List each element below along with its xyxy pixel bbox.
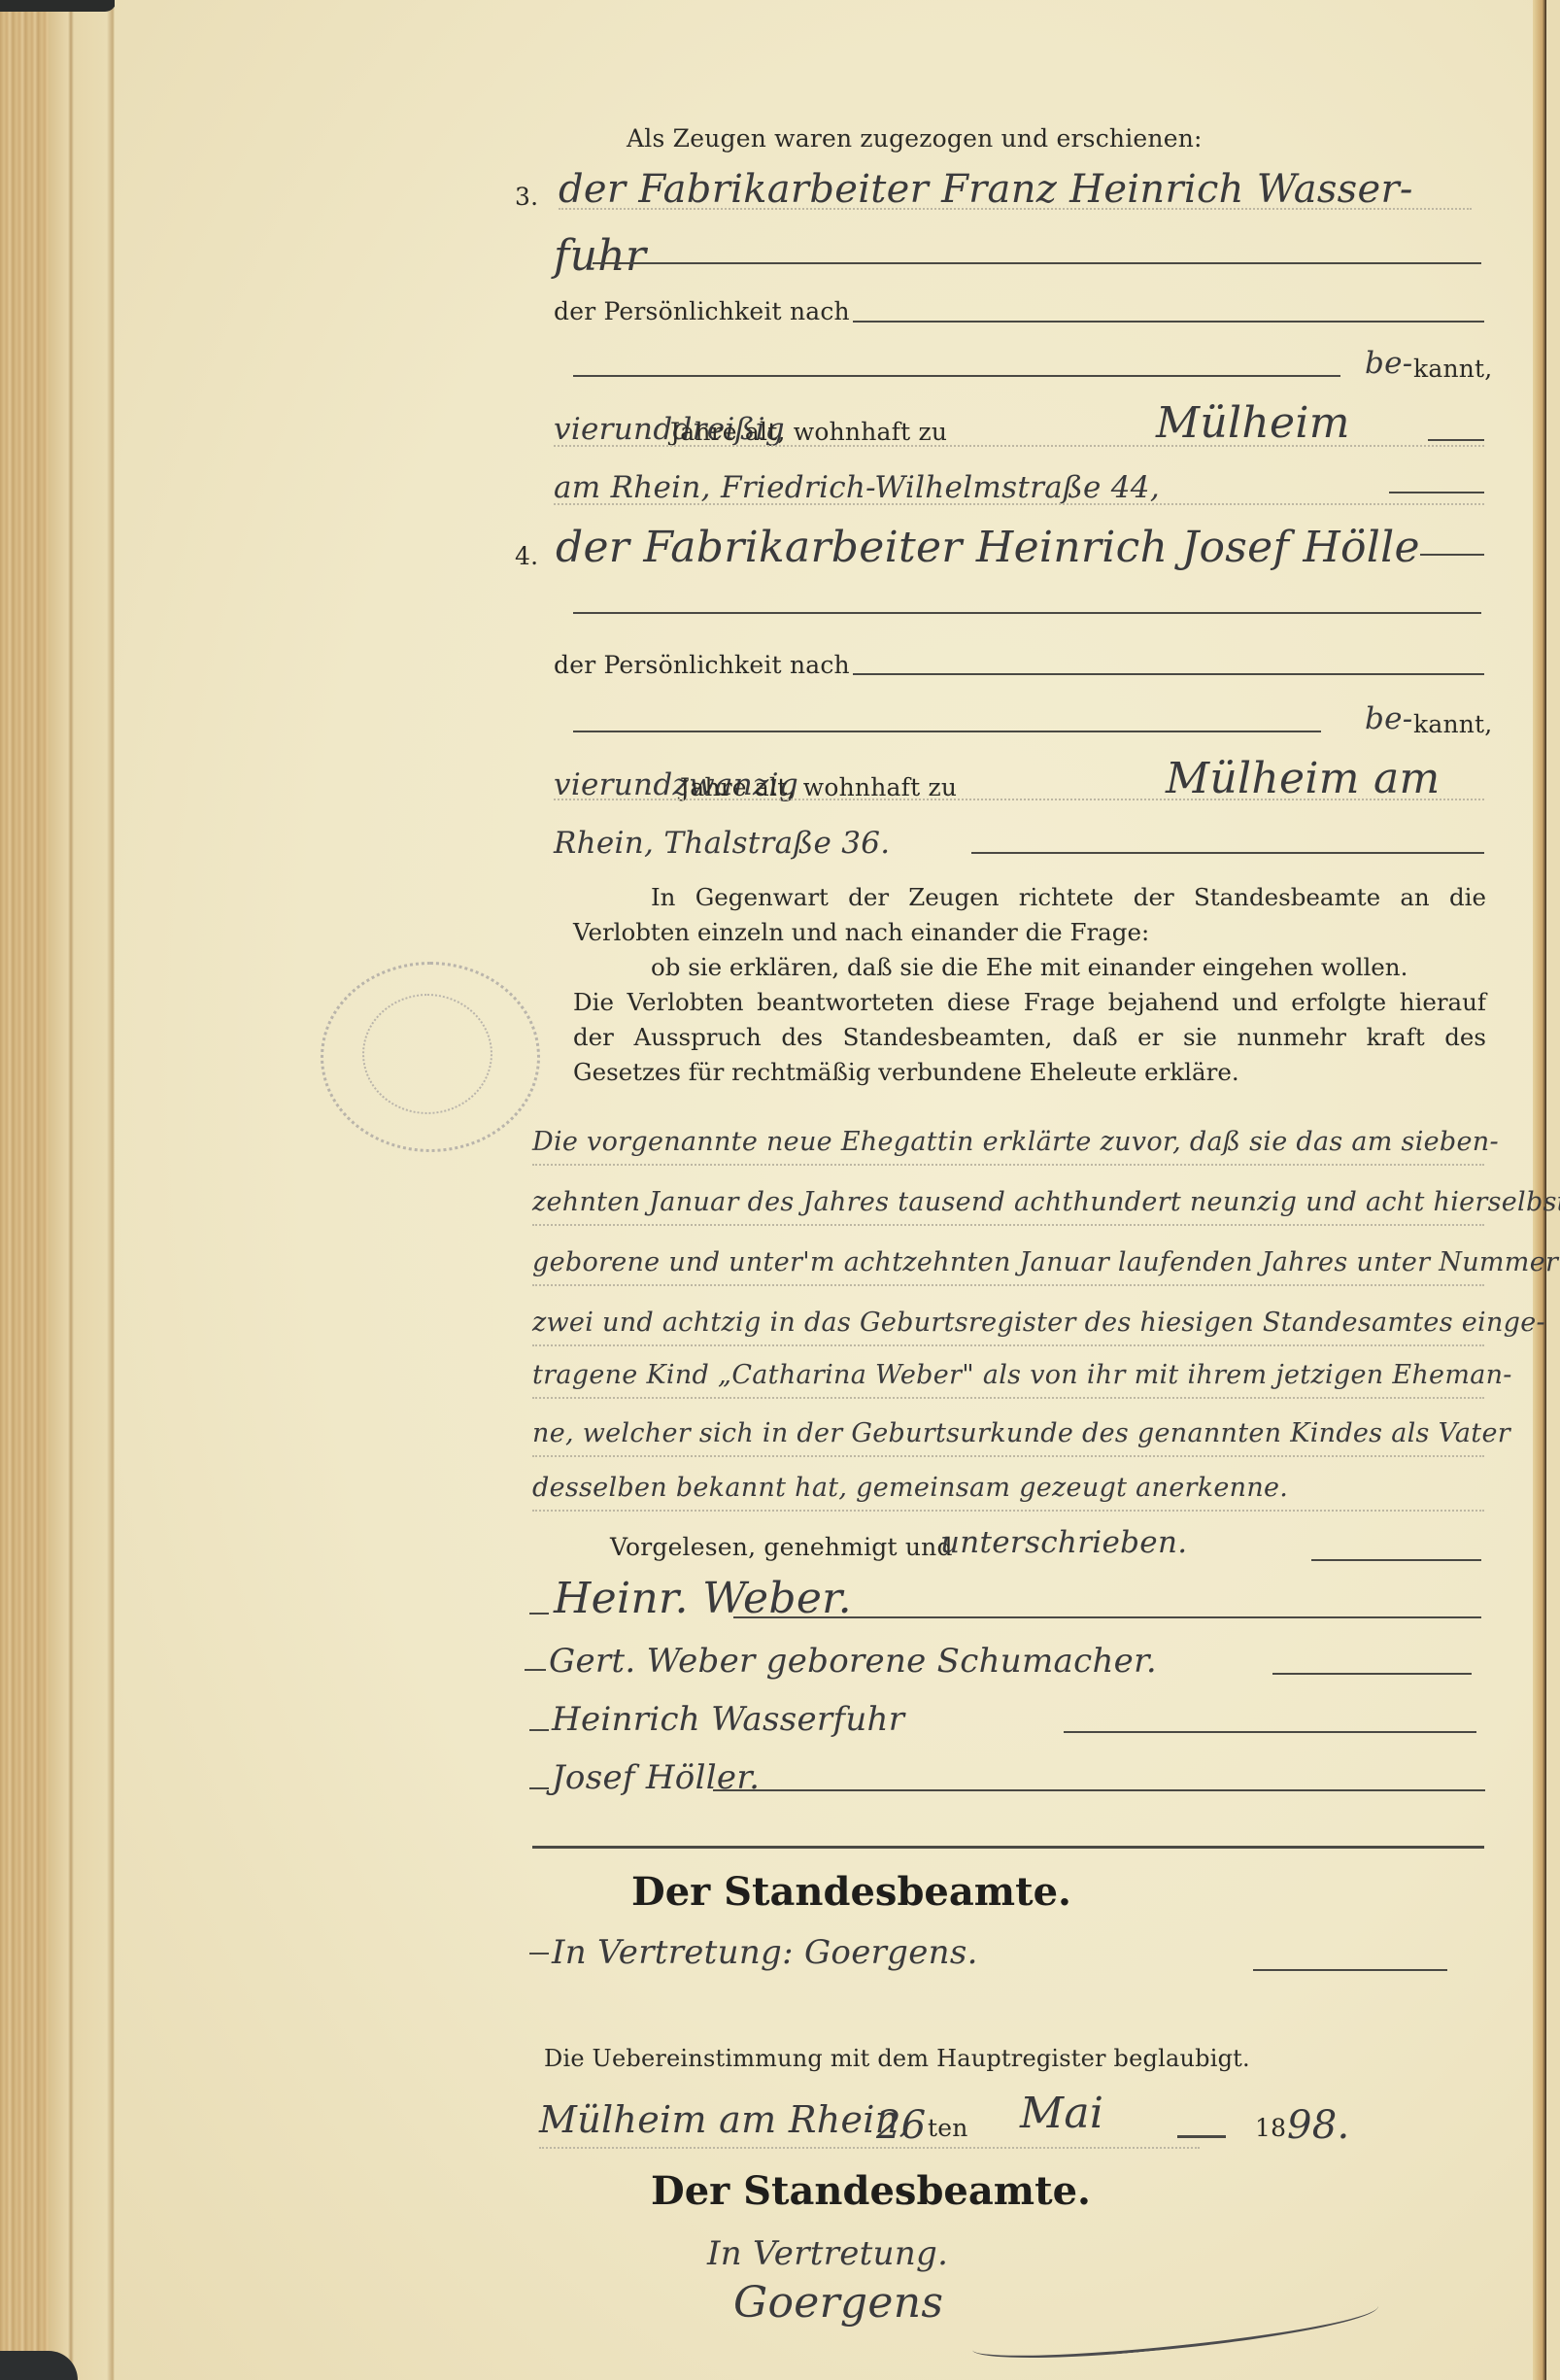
witness-3-line1: der Fabrikarbeiter Franz Heinrich Wasser…	[559, 167, 1413, 212]
fill-rule	[853, 321, 1484, 323]
signature-3: Heinrich Wasserfuhr	[552, 1700, 904, 1739]
guide-dots	[554, 445, 1484, 447]
witness-4-known-prefix: be-	[1365, 701, 1413, 736]
official-2-title: Der Standesbeamte.	[651, 2168, 1091, 2214]
witness-4-residence-2: Rhein, Thalstraße 36.	[554, 826, 890, 861]
guide-dots	[532, 1510, 1484, 1512]
fill-rule	[1389, 492, 1484, 493]
fill-rule	[1064, 1731, 1476, 1733]
witness-4-number: 4.	[515, 542, 538, 570]
faded-official-stamp	[321, 962, 540, 1152]
fill-rule	[853, 673, 1484, 675]
fill-rule	[1420, 554, 1484, 556]
witness-3-number: 3.	[515, 183, 538, 211]
guide-dots	[539, 2147, 1200, 2149]
fill-rule	[1272, 1673, 1472, 1675]
certification-year-print: 18	[1255, 2114, 1286, 2142]
signature-dash	[529, 1613, 549, 1615]
witness-3-known-suffix: kannt,	[1413, 355, 1492, 383]
guide-dots	[532, 1284, 1484, 1286]
fill-rule	[971, 852, 1484, 854]
official-1-signature: In Vertretung: Goergens.	[552, 1933, 978, 1972]
certification-place: Mülheim am Rhein,	[539, 2098, 911, 2141]
guide-dots	[532, 1224, 1484, 1226]
certification-text: Die Uebereinstimmung mit dem Hauptregist…	[544, 2045, 1250, 2072]
note-line-1: Die vorgenannte neue Ehegattin erklärte …	[532, 1127, 1499, 1157]
signature-4: Josef Höller.	[552, 1758, 760, 1797]
fill-rule	[1253, 1969, 1447, 1971]
witness-4-age-label: Jahre alt, wohnhaft zu	[680, 773, 957, 801]
witness-3-line2: fuhr	[554, 231, 646, 281]
guide-dots	[554, 799, 1484, 800]
ceremony-text-p3: Die Verlobten beantworteten diese Frage …	[573, 988, 1486, 1086]
section-rule	[532, 1846, 1484, 1849]
fill-rule	[573, 612, 1481, 614]
witnesses-intro: Als Zeugen waren zugezogen und erschiene…	[627, 124, 1203, 153]
note-line-2: zehnten Januar des Jahres tausend achthu…	[532, 1187, 1560, 1217]
fill-rule	[573, 375, 1340, 377]
note-line-4: zwei und achtzig in das Geburtsregister …	[532, 1308, 1545, 1338]
signature-dash	[529, 1729, 549, 1731]
fill-rule	[1311, 1559, 1481, 1561]
signature-dash	[529, 1787, 549, 1789]
ceremony-paragraph: In Gegenwart der Zeugen richtete der Sta…	[573, 880, 1486, 1090]
guide-dots	[554, 503, 1484, 505]
fill-rule	[733, 1616, 1481, 1618]
certification-day: 26	[876, 2103, 927, 2148]
guide-dots	[532, 1164, 1484, 1166]
witness-4-known-suffix: kannt,	[1413, 710, 1492, 738]
note-line-3: geborene und unter'm achtzehnten Januar …	[532, 1247, 1558, 1277]
signature-dash	[525, 1669, 546, 1671]
guide-dots	[532, 1397, 1484, 1399]
signature-dash	[529, 1953, 549, 1955]
book-page-edges-inner	[49, 0, 115, 2380]
ceremony-text-p2: ob sie erklären, daß sie die Ehe mit ein…	[651, 953, 1407, 981]
witness-3-residence-2: am Rhein, Friedrich-Wilhelmstraße 44,	[554, 470, 1160, 505]
note-line-6: ne, welcher sich in der Geburtsurkunde d…	[532, 1418, 1510, 1448]
official-2-line1: In Vertretung.	[707, 2234, 948, 2273]
signature-2: Gert. Weber geborene Schumacher.	[549, 1642, 1157, 1681]
signatures-label: Vorgelesen, genehmigt und	[610, 1533, 953, 1561]
witness-3-known-prefix: be-	[1365, 346, 1413, 381]
book-binding-top	[0, 0, 117, 12]
note-line-7: desselben bekannt hat, gemeinsam gezeugt…	[532, 1473, 1288, 1503]
stamp-inner-ring	[362, 994, 492, 1114]
certification-ten: ten	[928, 2114, 968, 2142]
fill-rule	[573, 731, 1321, 732]
guide-dots	[559, 208, 1472, 210]
witness-3-age-label: Jahre alt, wohnhaft zu	[670, 418, 947, 446]
official-1-title: Der Standesbeamte.	[631, 1869, 1071, 1915]
ceremony-text-p1: In Gegenwart der Zeugen richtete der Sta…	[573, 883, 1486, 946]
witness-3-residence-1: Mülheim	[1156, 398, 1350, 448]
witness-4-line1: der Fabrikarbeiter Heinrich Josef Hölle	[556, 523, 1420, 572]
witness-4-residence-1: Mülheim am	[1166, 754, 1441, 803]
fill-rule	[1428, 439, 1484, 441]
certification-year-hand: 98.	[1287, 2103, 1350, 2148]
certification-month: Mai	[1020, 2089, 1103, 2138]
official-2-signature: Goergens	[733, 2278, 943, 2328]
fill-rule	[1177, 2135, 1226, 2138]
guide-dots	[532, 1455, 1484, 1457]
signatures-label-hand: unterschrieben.	[940, 1525, 1187, 1560]
fill-rule	[713, 1789, 1485, 1791]
note-line-5: tragene Kind „Catharina Weber" als von i…	[532, 1360, 1512, 1390]
fill-rule	[593, 262, 1481, 264]
witness-3-identity-label: der Persönlichkeit nach	[554, 297, 850, 325]
guide-dots	[532, 1344, 1484, 1346]
witness-4-identity-label: der Persönlichkeit nach	[554, 651, 850, 679]
